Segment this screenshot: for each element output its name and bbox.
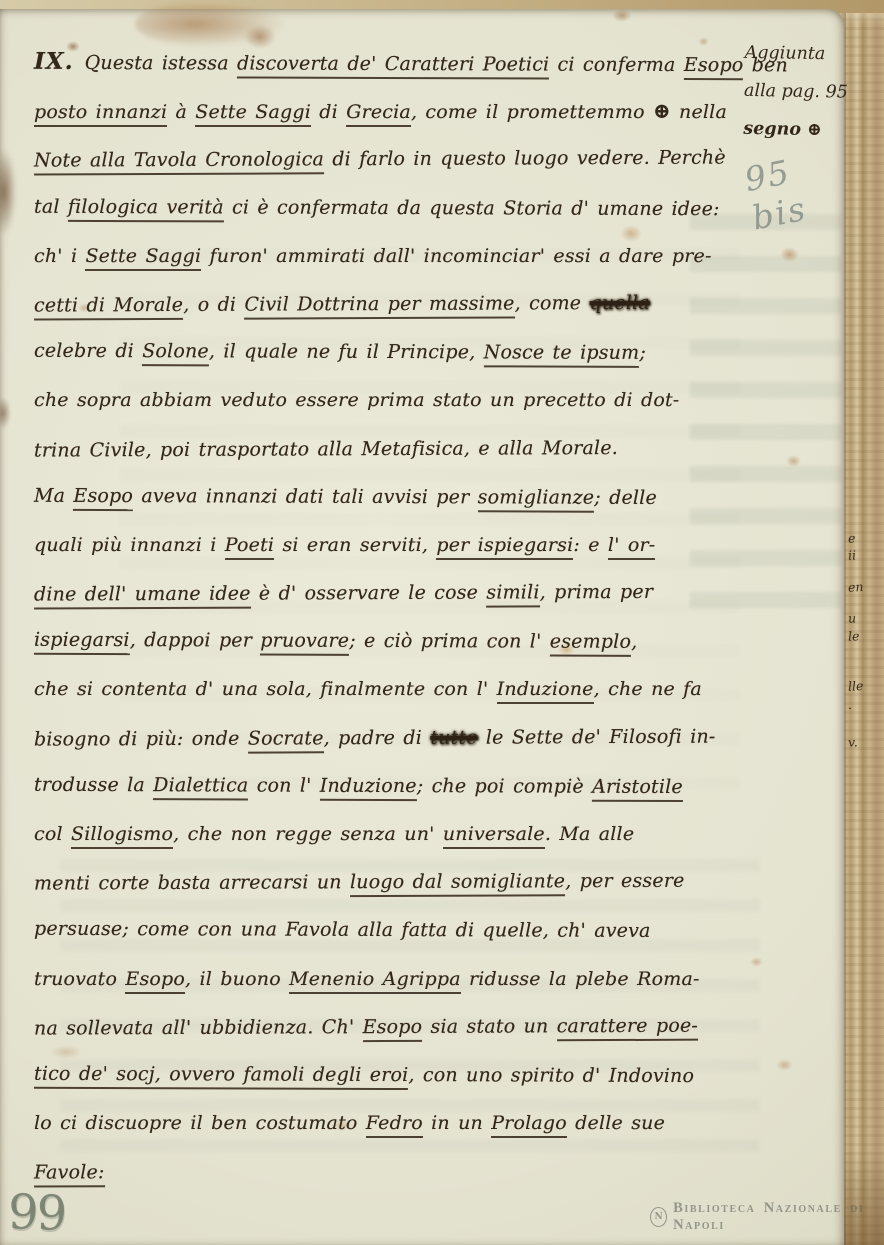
manuscript-word: , o di <box>183 294 244 316</box>
manuscript-word: , il quale ne fu il Principe, <box>209 340 484 363</box>
manuscript-word: tico de' socj, ovvero famoli degli eroi <box>34 1063 409 1090</box>
manuscript-word: trodusse la <box>34 774 153 796</box>
manuscript-scan: { "manuscript": { "lines": [ [{"t":"IX. … <box>0 0 884 1245</box>
stain <box>776 1059 793 1071</box>
manuscript-word: Grecia <box>346 101 411 127</box>
manuscript-word: filologica verità <box>68 195 224 222</box>
manuscript-word: ; che poi compiè <box>417 775 592 798</box>
manuscript-word: na sollevata all' ubbidienza. Ch' <box>34 1016 363 1039</box>
stain <box>780 247 799 262</box>
manuscript-word: Dialettica <box>153 774 248 800</box>
manuscript-word: , padre di <box>324 726 431 748</box>
manuscript-word: somiglianze <box>478 486 595 512</box>
manuscript-word: à <box>167 101 195 123</box>
manuscript-word: , dappoi per <box>130 629 261 651</box>
edge-ink-fragment: en <box>848 578 879 595</box>
manuscript-word: in un <box>423 1112 491 1134</box>
manuscript-word: ridusse la plebe Roma- <box>461 968 700 990</box>
manuscript-word: Menenio Agrippa <box>289 968 461 994</box>
edge-ink-fragment: lle <box>848 677 879 694</box>
manuscript-word: di <box>311 101 346 123</box>
manuscript-line: tal filologica verità ci è confermata da… <box>34 182 750 233</box>
library-watermark: N Biblioteca Nazionale di Napoli <box>650 1200 884 1234</box>
manuscript-word: quali più innanzi i <box>34 534 225 556</box>
manuscript-line: trina Civile, poi trasportato alla Metaf… <box>34 423 750 474</box>
manuscript-word: Esopo <box>73 485 133 511</box>
manuscript-word: lo ci discuopre il ben costumato <box>34 1112 366 1134</box>
manuscript-word: Esopo <box>684 54 744 80</box>
margin-note: Aggiunta alla pag. 95 segno ⊕ <box>743 34 881 150</box>
pencil-page-number: 99 <box>7 1184 66 1242</box>
manuscript-word: per ispiegarsi <box>436 534 573 560</box>
manuscript-word: Esopo <box>125 968 185 994</box>
manuscript-word: Sette Saggi <box>85 245 201 271</box>
manuscript-word: ; e ciò prima con l' <box>349 630 550 653</box>
manuscript-word: Nosce te ipsum <box>484 341 640 368</box>
manuscript-word: ci è confermata da questa Storia d' uman… <box>224 196 720 220</box>
manuscript-line: na sollevata all' ubbidienza. Ch' Esopo … <box>34 1001 750 1052</box>
binding-shadow <box>0 149 16 235</box>
manuscript-word: sia stato un <box>422 1015 556 1038</box>
manuscript-line: trodusse la Dialettica con l' Induzione;… <box>34 761 750 812</box>
edge-ink-fragment: e <box>848 529 879 546</box>
manuscript-word: Socrate <box>248 727 324 753</box>
manuscript-word: , come <box>515 292 590 314</box>
manuscript-line: col Sillogismo, che non regge senza un' … <box>34 810 750 858</box>
manuscript-line: bisogno di più: onde Socrate, padre di t… <box>34 712 750 763</box>
manuscript-word: persuase; come con una Favola alla fatta… <box>34 918 651 942</box>
library-logo-icon: N <box>650 1207 667 1227</box>
edge-ink-fragment: · <box>848 699 879 716</box>
manuscript-word: ; <box>639 342 646 364</box>
manuscript-word: aveva innanzi dati tali avvisi per <box>133 485 478 508</box>
manuscript-word: con l' <box>248 774 319 796</box>
manuscript-word: si eran serviti, <box>274 534 436 556</box>
manuscript-word: , per essere <box>565 870 684 893</box>
manuscript-word: nella <box>671 101 727 123</box>
binding-shadow <box>0 397 11 429</box>
manuscript-word: IX. <box>34 48 85 75</box>
manuscript-line: IX. Questa istessa discoverta de' Caratt… <box>34 38 750 89</box>
manuscript-word: Ma <box>34 484 73 506</box>
manuscript-word: furon' ammirati dall' incominciar' essi … <box>201 245 711 267</box>
stain <box>612 9 632 22</box>
manuscript-word: , <box>631 631 637 653</box>
manuscript-line: Favole: <box>34 1146 750 1197</box>
manuscript-word: ; delle <box>594 486 657 508</box>
manuscript-word: cetti di Morale <box>34 294 183 321</box>
manuscript-word: discoverta de' Caratteri Poetici <box>237 52 549 79</box>
manuscript-line: tico de' socj, ovvero famoli degli eroi,… <box>34 1050 750 1101</box>
manuscript-word: Prolago <box>491 1112 567 1138</box>
manuscript-line: Ma Esopo aveva innanzi dati tali avvisi … <box>34 471 750 522</box>
manuscript-word: , il buono <box>185 968 289 990</box>
manuscript-word: Aristotile <box>592 776 683 802</box>
manuscript-line: quali più innanzi i Poeti si eran servit… <box>34 521 750 569</box>
manuscript-word: Fedro <box>366 1112 423 1138</box>
pencil-folio-number: 95 bis <box>741 143 850 238</box>
manuscript-line: menti corte basta arrecarsi un luogo dal… <box>34 857 750 908</box>
manuscript-line: che si contenta d' una sola, finalmente … <box>34 665 750 713</box>
edge-ink-fragment: ii <box>848 546 879 563</box>
manuscript-line: cetti di Morale, o di Civil Dottrina per… <box>34 278 750 329</box>
margin-note-line: segno ⊕ <box>743 110 880 150</box>
manuscript-word: , che ne fa <box>594 678 702 700</box>
manuscript-word: Induzione <box>497 678 594 704</box>
manuscript-word: Sillogismo <box>71 823 173 849</box>
manuscript-word: Favole: <box>34 1162 105 1188</box>
manuscript-word: delle sue <box>567 1112 665 1134</box>
manuscript-word: universale <box>443 823 545 849</box>
manuscript-word: di farlo in questo luogo vedere. Perchè <box>324 147 726 171</box>
manuscript-line: che sopra abbiam veduto essere prima sta… <box>34 376 750 424</box>
manuscript-word: celebre di <box>34 340 142 362</box>
manuscript-word: , che non regge senza un' <box>173 823 443 845</box>
manuscript-line: ispiegarsi, dappoi per pruovare; e ciò p… <box>34 616 750 667</box>
manuscript-word: . Ma alle <box>545 823 634 845</box>
manuscript-word: menti corte basta arrecarsi un <box>34 871 350 894</box>
manuscript-text: IX. Questa istessa discoverta de' Caratt… <box>34 39 750 1196</box>
manuscript-word: Poeti <box>225 534 274 560</box>
manuscript-word: luogo dal somigliante <box>350 870 565 897</box>
manuscript-line: persuase; come con una Favola alla fatta… <box>34 905 750 956</box>
manuscript-word: che sopra abbiam veduto essere prima sta… <box>34 389 679 411</box>
margin-note-line: alla pag. 95 <box>744 72 881 112</box>
manuscript-word: posto innanzi <box>34 101 167 127</box>
manuscript-word: Esopo <box>363 1016 423 1042</box>
margin-note-line: Aggiunta <box>744 34 881 74</box>
edge-ink-fragment: le <box>848 627 879 644</box>
manuscript-line: truovato Esopo, il buono Menenio Agrippa… <box>34 955 750 1003</box>
manuscript-word: dine dell' umane idee <box>34 583 251 610</box>
manuscript-word: Note alla Tavola Cronologica <box>34 149 324 176</box>
manuscript-word: carattere poe- <box>557 1014 698 1041</box>
manuscript-word: truovato <box>34 968 125 990</box>
manuscript-word: ci conferma <box>549 54 684 76</box>
manuscript-word: Civil Dottrina per massime <box>244 292 514 319</box>
manuscript-word: , con uno spirito d' Indovino <box>408 1064 694 1087</box>
manuscript-word: l' or- <box>608 534 655 560</box>
manuscript-line: lo ci discuopre il ben costumato Fedro i… <box>34 1099 750 1147</box>
manuscript-word: , come il promettemmo <box>411 101 653 123</box>
manuscript-word: , prima per <box>540 581 654 603</box>
manuscript-word: le Sette de' Filosofi in- <box>478 725 716 748</box>
manuscript-word: che si contenta d' una sola, finalmente … <box>34 678 497 700</box>
manuscript-line: ch' i Sette Saggi furon' ammirati dall' … <box>34 232 750 280</box>
manuscript-word: pruovare <box>260 630 349 656</box>
manuscript-line: posto innanzi à Sette Saggi di Grecia, c… <box>34 87 750 135</box>
manuscript-word: tal <box>34 195 68 217</box>
manuscript-word: tutte <box>430 726 477 748</box>
library-watermark-text: Biblioteca Nazionale di Napoli <box>673 1200 884 1234</box>
manuscript-word: Sette Saggi <box>195 101 311 127</box>
stain <box>786 455 801 467</box>
edge-ink-fragment: u <box>848 609 879 626</box>
manuscript-word: trina Civile, poi trasportato alla Metaf… <box>34 437 618 462</box>
manuscript-line: Note alla Tavola Cronologica di farlo in… <box>34 134 750 185</box>
manuscript-word: ⊕ <box>653 98 671 123</box>
manuscript-word: bisogno di più: onde <box>34 727 248 750</box>
manuscript-word: esemplo <box>550 631 631 657</box>
manuscript-word: col <box>34 823 71 845</box>
stain <box>750 957 763 967</box>
manuscript-word: Solone <box>142 340 209 366</box>
manuscript-word: quella <box>589 292 649 314</box>
manuscript-page: IX. Questa istessa discoverta de' Caratt… <box>0 9 844 1245</box>
manuscript-word: ispiegarsi <box>34 629 130 655</box>
manuscript-word: Induzione <box>320 775 417 801</box>
manuscript-line: celebre di Solone, il quale ne fu il Pri… <box>34 327 750 378</box>
manuscript-word: : e <box>573 534 608 556</box>
manuscript-line: dine dell' umane idee è d' osservare le … <box>34 568 750 619</box>
manuscript-word: ch' i <box>34 245 85 267</box>
edge-ink-fragment: v. <box>848 733 879 750</box>
manuscript-word: simili <box>486 581 539 607</box>
manuscript-word: è d' osservare le cose <box>251 582 487 605</box>
manuscript-word: Questa istessa <box>85 52 237 75</box>
